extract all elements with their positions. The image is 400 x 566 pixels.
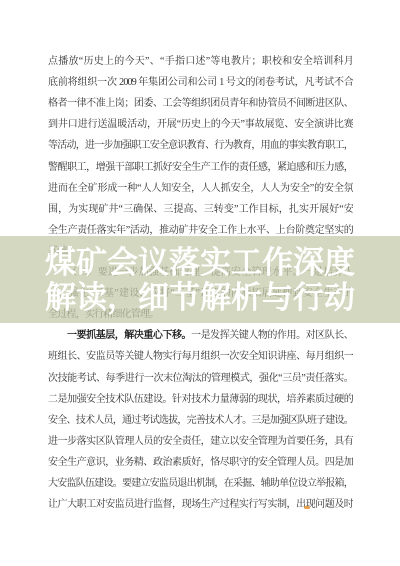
watermark-title-line1: 煤矿会议落实工作深度 [0, 246, 400, 280]
document-line-bold-run: 一要抓基层，解决重心下移。 [67, 330, 191, 341]
document-line: 进而在全矿形成一种“人人知安全，人人抓安全，人人为安全”的安全氛 [48, 182, 353, 198]
watermark-title-line2: 解读，细节解析与行动 [0, 281, 400, 315]
document-line: 班组长、安监员等关键人物实行每月组织一次安全知识讲座、每月组织一 [48, 350, 353, 366]
document-line: 底前将组织一次 2009 年集团公司和公司 1 号文的闭卷考试，凡考试不合 [48, 76, 353, 92]
document-line: 次技能考试、每季进行一次末位淘汰的管理模式，强化“三员”责任落实。 [48, 372, 353, 388]
document-line: 进一步落实区队管理人员的安全责任，建立以安全管理为首要任务，具有 [48, 435, 353, 451]
document-line: 格者一律不准上岗；团委、工会等组织团员青年和协管员不间断进区队、 [48, 97, 353, 113]
document-line: 安全、技术人员，通过考试选拔，完善技术人才。三是加强区队班子建设。 [48, 414, 353, 430]
document-line: 警醒职工，增强干部职工抓好安全生产工作的责任感，紧迫感和压力感， [48, 161, 353, 177]
document-line: 到井口进行送温暖活动，开展“历史上的今天”事故展览、安全演讲比赛 [48, 118, 353, 134]
document-page: 点播放“历史上的今天”、“手指口述”等电教片；职校和安全培训科月底前将组织一次 … [0, 0, 400, 566]
document-line: 全生产责任落实年”活动，推动矿井安全工作上水平、上台阶奠定坚实的 [48, 224, 353, 240]
document-line: 大安监队伍建设。要建立安监员退出机制，在采掘、辅助单位设立举报箱， [48, 477, 353, 493]
document-line: 等活动，进一步加强职工安全意识教育、行为教育，用血的事实教育职工， [48, 139, 353, 155]
document-line: 一要抓基层，解决重心下移。一是发挥关键人物的作用。对区队长、 [67, 329, 353, 345]
document-line: 二是加强安全技术队伍建设。针对技术力量薄弱的现状，培养素质过硬的 [48, 393, 353, 409]
document-line: 围，为实现矿井“三确保、三提高、三转变”工作目标，扎实开展好“安 [48, 203, 353, 219]
document-line: 点播放“历史上的今天”、“手指口述”等电教片；职校和安全培训科月 [48, 55, 353, 71]
scan-artifact-speck [304, 506, 310, 509]
document-line: 安全生产意识，业务精、政治素质好，恪尽职守的安全管理人员。四是加 [48, 456, 353, 472]
